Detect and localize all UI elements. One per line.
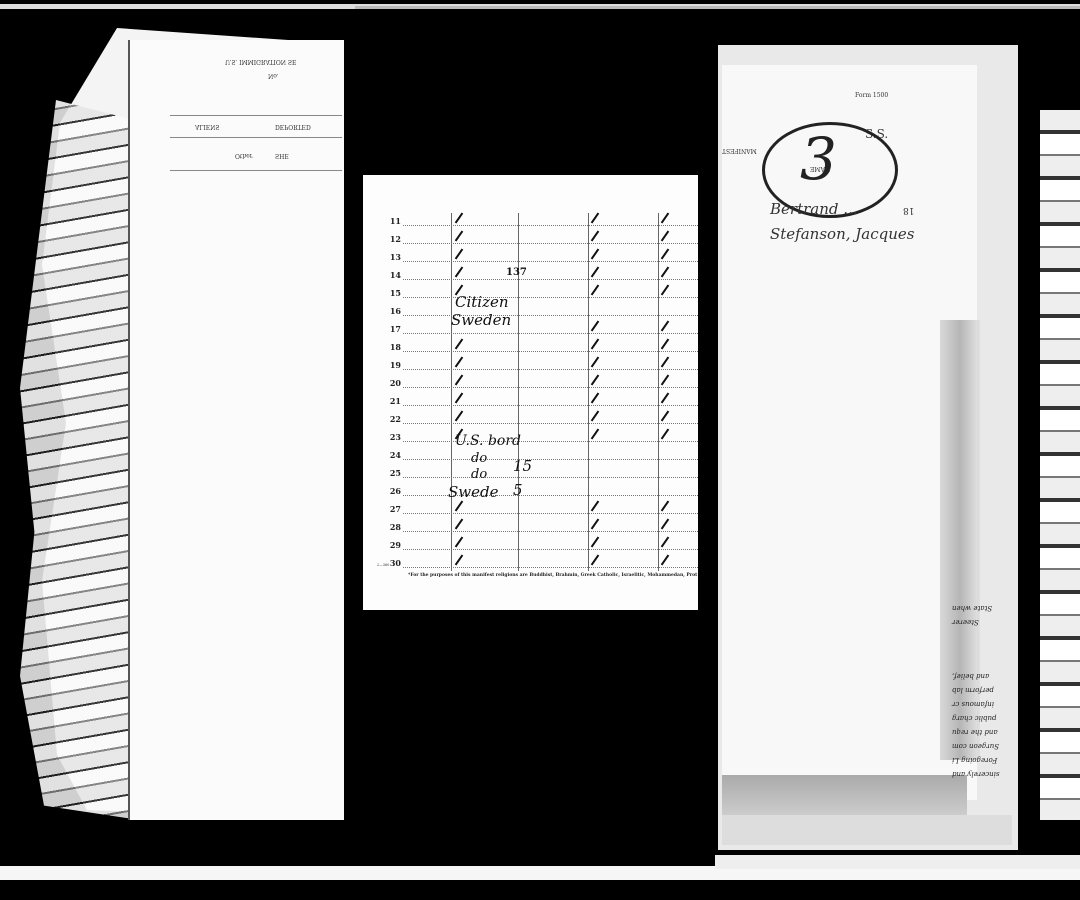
row-number: 16 <box>385 306 401 316</box>
row-number: 20 <box>385 378 401 388</box>
manifest-row: 14 <box>363 267 698 283</box>
oath-text-line: Foregoing Li <box>952 756 997 764</box>
row-number: 27 <box>385 504 401 514</box>
oath-text-line: Steerer <box>952 618 979 626</box>
handwritten-ditto: do <box>471 467 487 482</box>
row-number: 29 <box>385 540 401 550</box>
row-number: 18 <box>385 342 401 352</box>
row-rule <box>403 549 698 550</box>
left-col-header: DEPORTED <box>275 123 311 130</box>
row-rule <box>403 315 698 316</box>
manifest-row: 16 <box>363 303 698 319</box>
row-number: 25 <box>385 468 401 478</box>
row-number: 14 <box>385 270 401 280</box>
left-torn-edges <box>20 100 140 820</box>
oath-text-line: State when <box>952 604 992 612</box>
row-rule <box>403 567 698 568</box>
manifest-row: 19 <box>363 357 698 373</box>
left-rule <box>170 170 342 171</box>
top-edge-strip-right <box>355 6 1080 9</box>
manifest-row: 13 <box>363 249 698 265</box>
handwritten-mark: 5 <box>513 481 523 499</box>
row-number: 28 <box>385 522 401 532</box>
row-rule <box>403 225 698 226</box>
oath-text-line: sincerely and <box>952 770 999 778</box>
left-subheader: No. <box>268 72 279 79</box>
handwritten-swede: Swede <box>448 483 498 501</box>
row-number: 23 <box>385 432 401 442</box>
handwritten-name: Bertrand ... <box>770 200 858 218</box>
left-rule <box>170 115 342 116</box>
manifest-row: 23 <box>363 429 698 445</box>
left-col-header: Other <box>235 152 253 159</box>
manifest-row: 29 <box>363 537 698 553</box>
manifest-row: 20 <box>363 375 698 391</box>
handwritten-three: 3 <box>800 125 837 193</box>
right-bottom-band-2 <box>722 815 1012 845</box>
handwritten-us-bord: U.S. bord <box>455 433 521 449</box>
row-number: 19 <box>385 360 401 370</box>
row-rule <box>403 279 698 280</box>
row-rule <box>403 369 698 370</box>
handwritten-sweden: Sweden <box>451 311 511 329</box>
row-number: 15 <box>385 288 401 298</box>
right-page-shading <box>940 320 980 760</box>
row-number: 24 <box>385 450 401 460</box>
row-rule <box>403 531 698 532</box>
row-number: 13 <box>385 252 401 262</box>
manifest-row: 17 <box>363 321 698 337</box>
row-rule <box>403 387 698 388</box>
row-number: 11 <box>385 216 401 226</box>
row-rule <box>403 423 698 424</box>
row-number: 21 <box>385 396 401 406</box>
oath-text-line: and belief, <box>952 672 989 680</box>
row-rule <box>403 333 698 334</box>
row-rule <box>403 261 698 262</box>
row-rule <box>403 351 698 352</box>
oath-text-line: perform lab <box>952 686 994 694</box>
religion-footnote: *For the purposes of this manifest relig… <box>408 573 697 578</box>
row-rule <box>403 243 698 244</box>
left-header: U.S. IMMIGRATION SE <box>225 58 296 65</box>
form-header: Form 1500 <box>855 92 888 99</box>
right-bottom-band <box>722 775 967 815</box>
left-col-header: ALIENS <box>195 123 219 130</box>
handwritten-ditto: do <box>471 451 487 466</box>
left-col-header: SHE <box>275 152 289 159</box>
oath-text-line: and the requ <box>952 728 998 736</box>
row-rule <box>403 441 698 442</box>
manifest-row: 21 <box>363 393 698 409</box>
manifest-row: 11 <box>363 213 698 229</box>
row-number: 17 <box>385 324 401 334</box>
manifest-row: 18 <box>363 339 698 355</box>
manifest-row: 12 <box>363 231 698 247</box>
handwritten-name: Stefanson, Jacques <box>770 225 914 243</box>
bottom-edge-strip-right <box>715 855 1080 869</box>
row-number: 22 <box>385 414 401 424</box>
handwritten-citizen: Citizen <box>455 293 509 311</box>
row-rule <box>403 459 698 460</box>
oath-text-line: infamous cr <box>952 700 994 708</box>
manifest-row: 28 <box>363 519 698 535</box>
row-rule <box>403 513 698 514</box>
form-number: 2—360 <box>377 563 389 567</box>
handwritten-number: 137 <box>506 267 527 278</box>
row-rule <box>403 477 698 478</box>
right-torn-edges <box>1040 110 1080 820</box>
row-number: 26 <box>385 486 401 496</box>
row-rule <box>403 297 698 298</box>
manifest-row: 27 <box>363 501 698 517</box>
manifest-page: 1112131415161718192021222324252627282930… <box>363 175 698 610</box>
manifest-row: 15 <box>363 285 698 301</box>
row-rule <box>403 405 698 406</box>
handwritten-mark: 15 <box>513 457 532 475</box>
manifest-row: 22 <box>363 411 698 427</box>
oath-text-line: public charg <box>952 714 997 722</box>
manifest-row: 30 <box>363 555 698 571</box>
oath-text-line: Surgeon com <box>952 742 999 750</box>
row-number: 18 <box>903 205 914 215</box>
row-number: 12 <box>385 234 401 244</box>
manifest-row: 26 <box>363 483 698 499</box>
manifest-label: MANIFEST <box>722 147 757 154</box>
left-rule <box>170 137 342 138</box>
